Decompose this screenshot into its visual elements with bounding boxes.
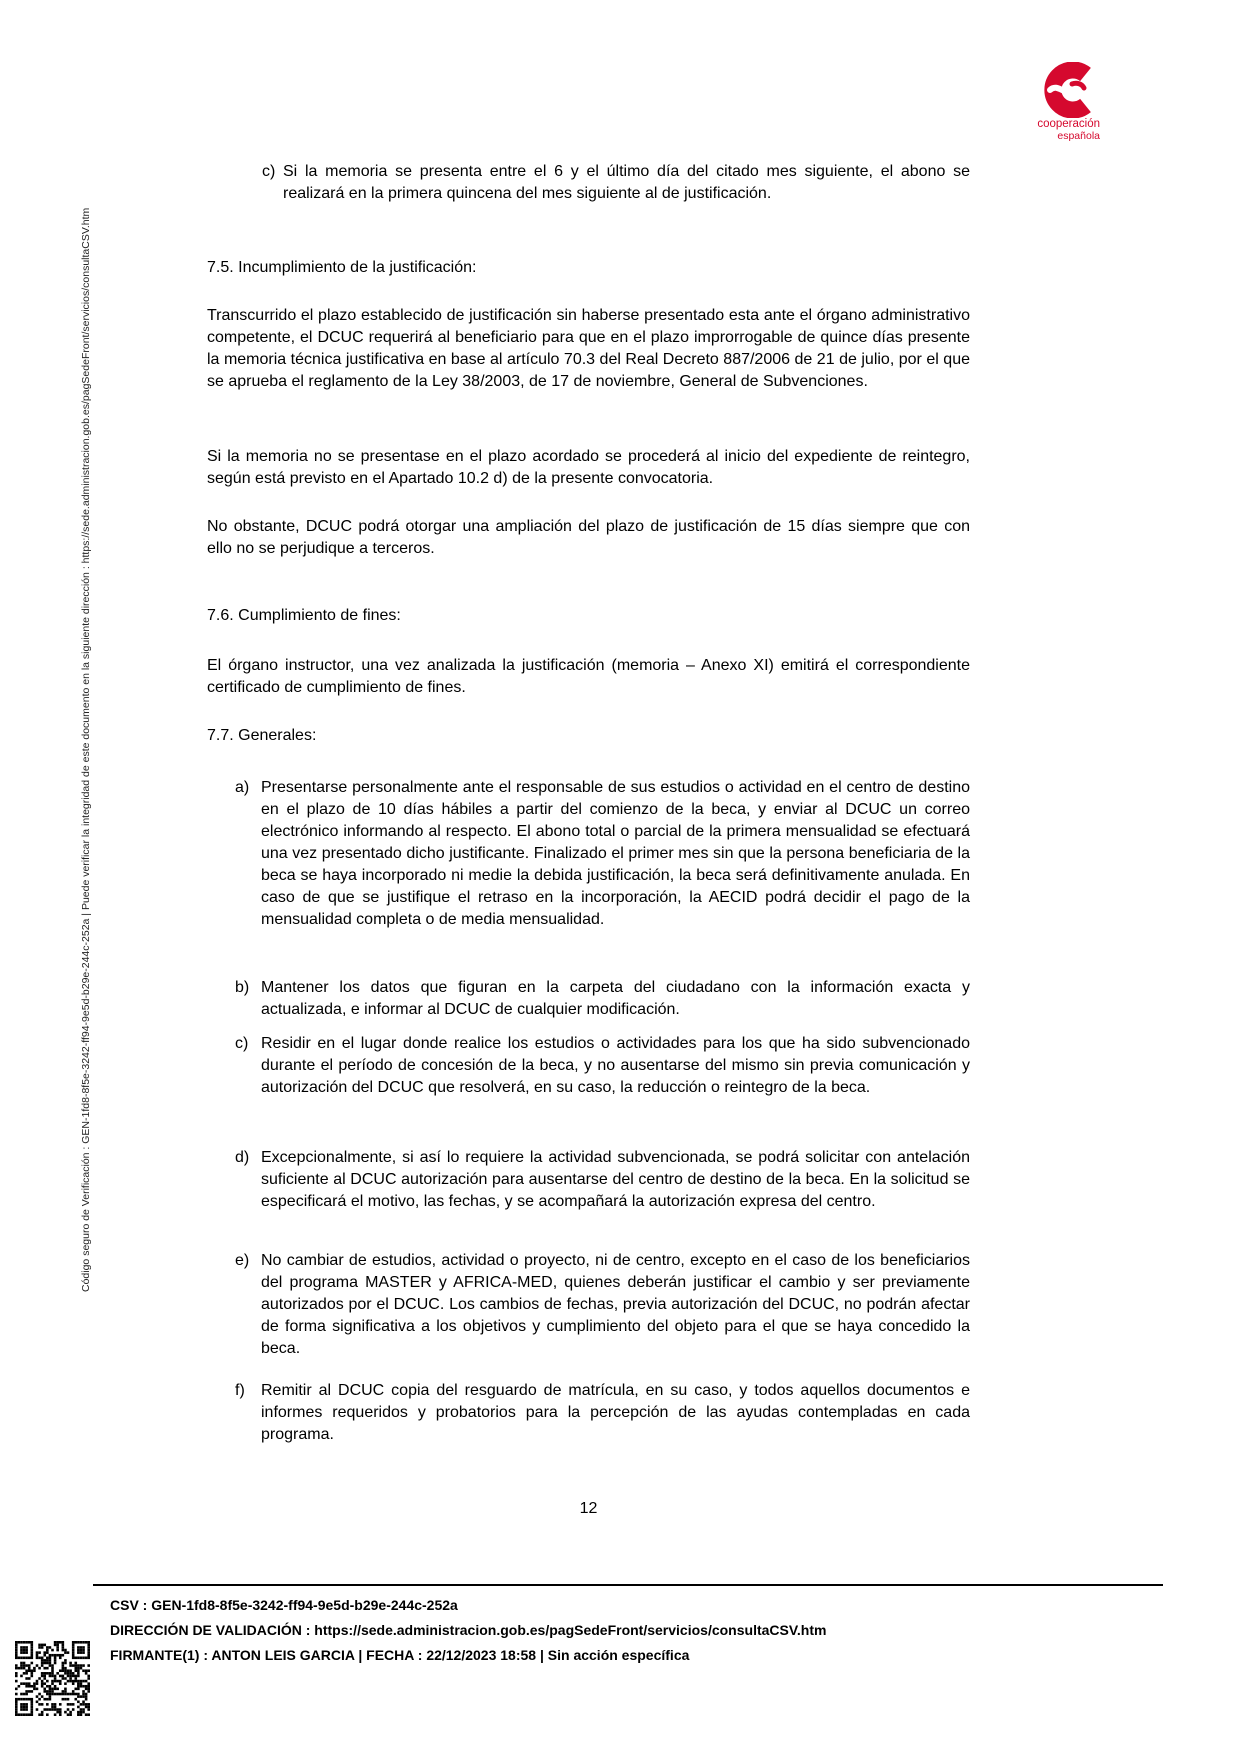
paragraph: El órgano instructor, una vez analizada … <box>207 655 970 699</box>
list-item-text: No cambiar de estudios, actividad o proy… <box>261 1252 970 1357</box>
list-item-marker: c) <box>235 1033 248 1055</box>
list-item: a) Presentarse personalmente ante el res… <box>207 777 970 931</box>
list-item-text: Residir en el lugar donde realice los es… <box>261 1035 970 1096</box>
page-number: 12 <box>207 1498 970 1520</box>
document-page: cooperación española Código seguro de Ve… <box>0 0 1240 1755</box>
list-item: d) Excepcionalmente, si así lo requiere … <box>207 1147 970 1213</box>
list-item-marker: d) <box>235 1147 249 1169</box>
list-item-text: Presentarse personalmente ante el respon… <box>261 779 970 928</box>
paragraph: No obstante, DCUC podrá otorgar una ampl… <box>207 516 970 560</box>
footer-csv-line: CSV : GEN-1fd8-8f5e-3242-ff94-9e5d-b29e-… <box>110 1596 1170 1614</box>
list-item: b) Mantener los datos que figuran en la … <box>207 977 970 1021</box>
section-heading-7-5: 7.5. Incumplimiento de la justificación: <box>207 257 970 279</box>
list-item: c) Si la memoria se presenta entre el 6 … <box>207 161 970 205</box>
list-item-marker: f) <box>235 1380 245 1402</box>
footer-signer-line: FIRMANTE(1) : ANTON LEIS GARCIA | FECHA … <box>110 1646 1170 1664</box>
logo-text-line2: española <box>980 131 1100 142</box>
list-item-text: Si la memoria se presenta entre el 6 y e… <box>283 163 970 202</box>
list-item: c) Residir en el lugar donde realice los… <box>207 1033 970 1099</box>
list-item: e) No cambiar de estudios, actividad o p… <box>207 1250 970 1360</box>
list-item-text: Excepcionalmente, si así lo requiere la … <box>261 1149 970 1210</box>
section-heading-7-7: 7.7. Generales: <box>207 725 970 747</box>
footer-divider <box>93 1584 1163 1586</box>
footer-validation-line: DIRECCIÓN DE VALIDACIÓN : https://sede.a… <box>110 1621 1170 1639</box>
list-item-marker: c) <box>262 161 275 183</box>
list-item: f) Remitir al DCUC copia del resguardo d… <box>207 1380 970 1446</box>
cooperacion-c-icon <box>1042 62 1096 118</box>
list-item-marker: b) <box>235 977 249 999</box>
cooperacion-espanola-logo: cooperación española <box>980 62 1100 142</box>
paragraph: Transcurrido el plazo establecido de jus… <box>207 305 970 393</box>
qr-code <box>15 1641 90 1716</box>
list-item-marker: e) <box>235 1250 249 1272</box>
paragraph: Si la memoria no se presentase en el pla… <box>207 446 970 490</box>
list-item-text: Remitir al DCUC copia del resguardo de m… <box>261 1382 970 1443</box>
verification-sidebar-text: Código seguro de Verificación : GEN-1fd8… <box>80 112 93 1292</box>
list-item-marker: a) <box>235 777 249 799</box>
list-item-text: Mantener los datos que figuran en la car… <box>261 979 970 1018</box>
section-heading-7-6: 7.6. Cumplimiento de fines: <box>207 605 970 627</box>
